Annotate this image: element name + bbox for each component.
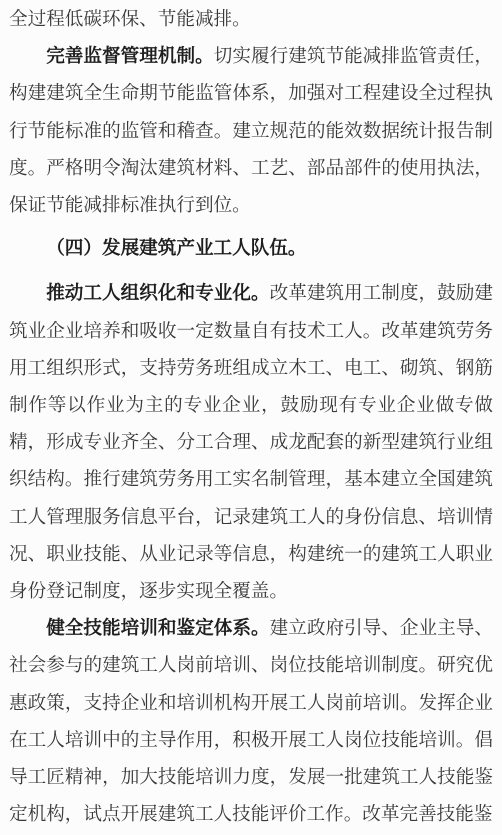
paragraph-text: 切实履行建筑节能减排监管责任，构建建筑全生命期节能监管体系，加强对工程建设全过程… (9, 46, 493, 216)
paragraph-text: 改革建筑用工制度，鼓励建筑业企业培养和吸收一定数量自有技术工人。改革建筑劳务用工… (9, 283, 493, 602)
paragraph-continuation: 全过程低碳环保、节能减排。 (9, 1, 493, 38)
paragraph-lead-bold: 完善监督管理机制。 (46, 46, 214, 67)
paragraph-worker-organization: 推动工人组织化和专业化。改革建筑用工制度，鼓励建筑业企业培养和吸收一定数量自有技… (9, 275, 493, 610)
document-page: 全过程低碳环保、节能减排。 完善监督管理机制。切实履行建筑节能减排监管责任，构建… (0, 0, 502, 835)
paragraph-text: 建立政府引导、企业主导、社会参与的建筑工人岗前培训、岗位技能培训制度。研究优惠政… (9, 618, 493, 825)
paragraph-text: 全过程低碳环保、节能减排。 (9, 9, 251, 30)
paragraph-lead-bold: 健全技能培训和鉴定体系。 (46, 618, 269, 639)
paragraph-skill-training: 健全技能培训和鉴定体系。建立政府引导、企业主导、社会参与的建筑工人岗前培训、岗位… (9, 610, 493, 833)
paragraph-supervision-mechanism: 完善监督管理机制。切实履行建筑节能减排监管责任，构建建筑全生命期节能监管体系，加… (9, 38, 493, 224)
paragraph-lead-bold: 推动工人组织化和专业化。 (46, 283, 269, 304)
section-heading-4: （四）发展建筑产业工人队伍。 (9, 230, 493, 267)
